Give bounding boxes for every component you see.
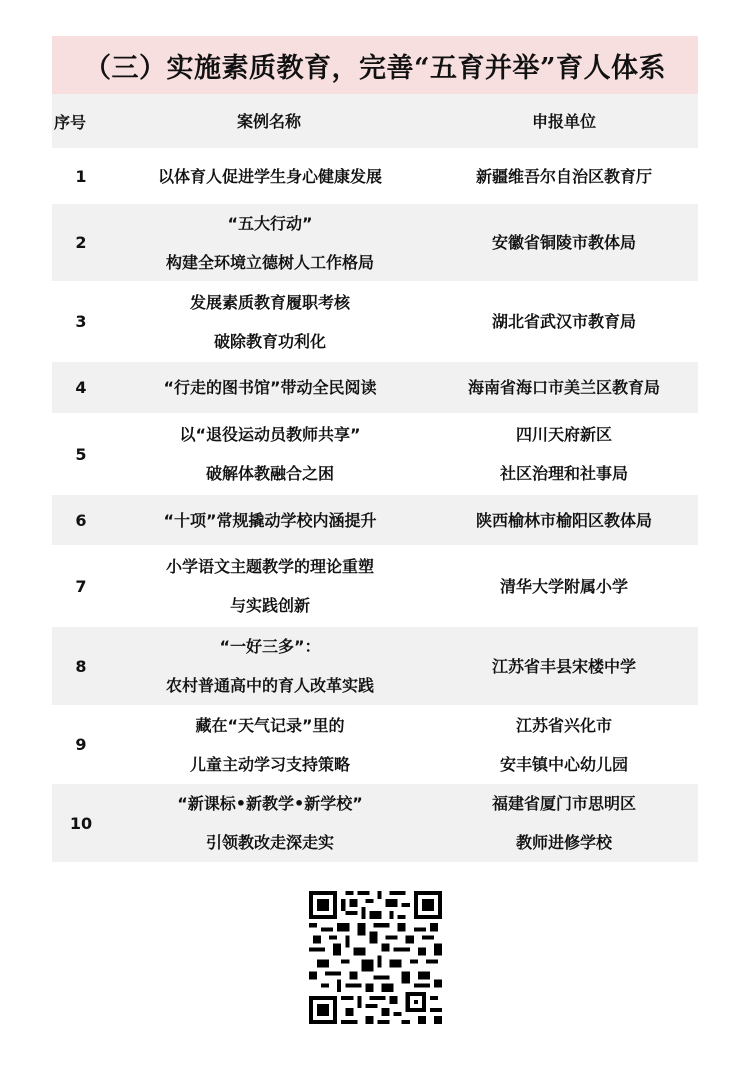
row-case: “行走的图书馆”带动全民阅读: [110, 368, 430, 407]
table-row: 1 以体育人促进学生身心健康发展 新疆维吾尔自治区教育厅: [52, 148, 698, 204]
row-no: 5: [52, 445, 110, 464]
row-no: 7: [52, 577, 110, 596]
table-row: 3 发展素质教育履职考核 破除教育功利化 湖北省武汉市教育局: [52, 281, 698, 362]
row-no: 10: [52, 814, 110, 833]
row-no: 2: [52, 233, 110, 252]
row-case: 以体育人促进学生身心健康发展: [110, 157, 430, 196]
header-no: 序号: [52, 110, 110, 133]
row-unit: 海南省海口市美兰区教育局: [430, 368, 698, 407]
row-unit: 福建省厦门市思明区 教师进修学校: [430, 784, 698, 862]
table-row: 10 “新课标•新教学•新学校” 引领教改走深走实 福建省厦门市思明区 教师进修…: [52, 784, 698, 862]
row-case: 小学语文主题教学的理论重塑 与实践创新: [110, 547, 430, 625]
row-case: “十项”常规撬动学校内涵提升: [110, 501, 430, 540]
table-row: 9 藏在“天气记录”里的 儿童主动学习支持策略 江苏省兴化市 安丰镇中心幼儿园: [52, 705, 698, 784]
row-no: 4: [52, 378, 110, 397]
table-row: 6 “十项”常规撬动学校内涵提升 陕西榆林市榆阳区教体局: [52, 495, 698, 545]
section-title: （三）实施素质教育，完善“五育并举”育人体系: [52, 36, 698, 94]
table-row: 2 “五大行动” 构建全环境立德树人工作格局 安徽省铜陵市教体局: [52, 204, 698, 281]
row-no: 1: [52, 167, 110, 186]
row-case: 以“退役运动员教师共享” 破解体教融合之困: [110, 415, 430, 493]
row-case: 藏在“天气记录”里的 儿童主动学习支持策略: [110, 706, 430, 784]
header-unit: 申报单位: [430, 102, 698, 141]
table-header: 序号 案例名称 申报单位: [52, 94, 698, 148]
row-unit: 安徽省铜陵市教体局: [430, 223, 698, 262]
row-unit: 江苏省丰县宋楼中学: [430, 647, 698, 686]
row-case: 发展素质教育履职考核 破除教育功利化: [110, 283, 430, 361]
row-case: “新课标•新教学•新学校” 引领教改走深走实: [110, 784, 430, 862]
qr-code-icon: [309, 891, 442, 1024]
table-row: 8 “一好三多”： 农村普通高中的育人改革实践 江苏省丰县宋楼中学: [52, 627, 698, 705]
row-unit: 清华大学附属小学: [430, 567, 698, 606]
row-case: “一好三多”： 农村普通高中的育人改革实践: [110, 627, 430, 705]
row-case: “五大行动” 构建全环境立德树人工作格局: [110, 204, 430, 282]
table-row: 5 以“退役运动员教师共享” 破解体教融合之困 四川天府新区 社区治理和社事局: [52, 413, 698, 495]
document: （三）实施素质教育，完善“五育并举”育人体系 序号 案例名称 申报单位 1 以体…: [52, 36, 698, 862]
header-case-name: 案例名称: [110, 102, 430, 141]
row-unit: 江苏省兴化市 安丰镇中心幼儿园: [430, 706, 698, 784]
row-unit: 湖北省武汉市教育局: [430, 302, 698, 341]
row-unit: 四川天府新区 社区治理和社事局: [430, 415, 698, 493]
row-unit: 陕西榆林市榆阳区教体局: [430, 501, 698, 540]
table-row: 7 小学语文主题教学的理论重塑 与实践创新 清华大学附属小学: [52, 545, 698, 627]
row-no: 9: [52, 735, 110, 754]
row-no: 8: [52, 657, 110, 676]
table-row: 4 “行走的图书馆”带动全民阅读 海南省海口市美兰区教育局: [52, 362, 698, 413]
row-unit: 新疆维吾尔自治区教育厅: [430, 157, 698, 196]
row-no: 6: [52, 511, 110, 530]
row-no: 3: [52, 312, 110, 331]
